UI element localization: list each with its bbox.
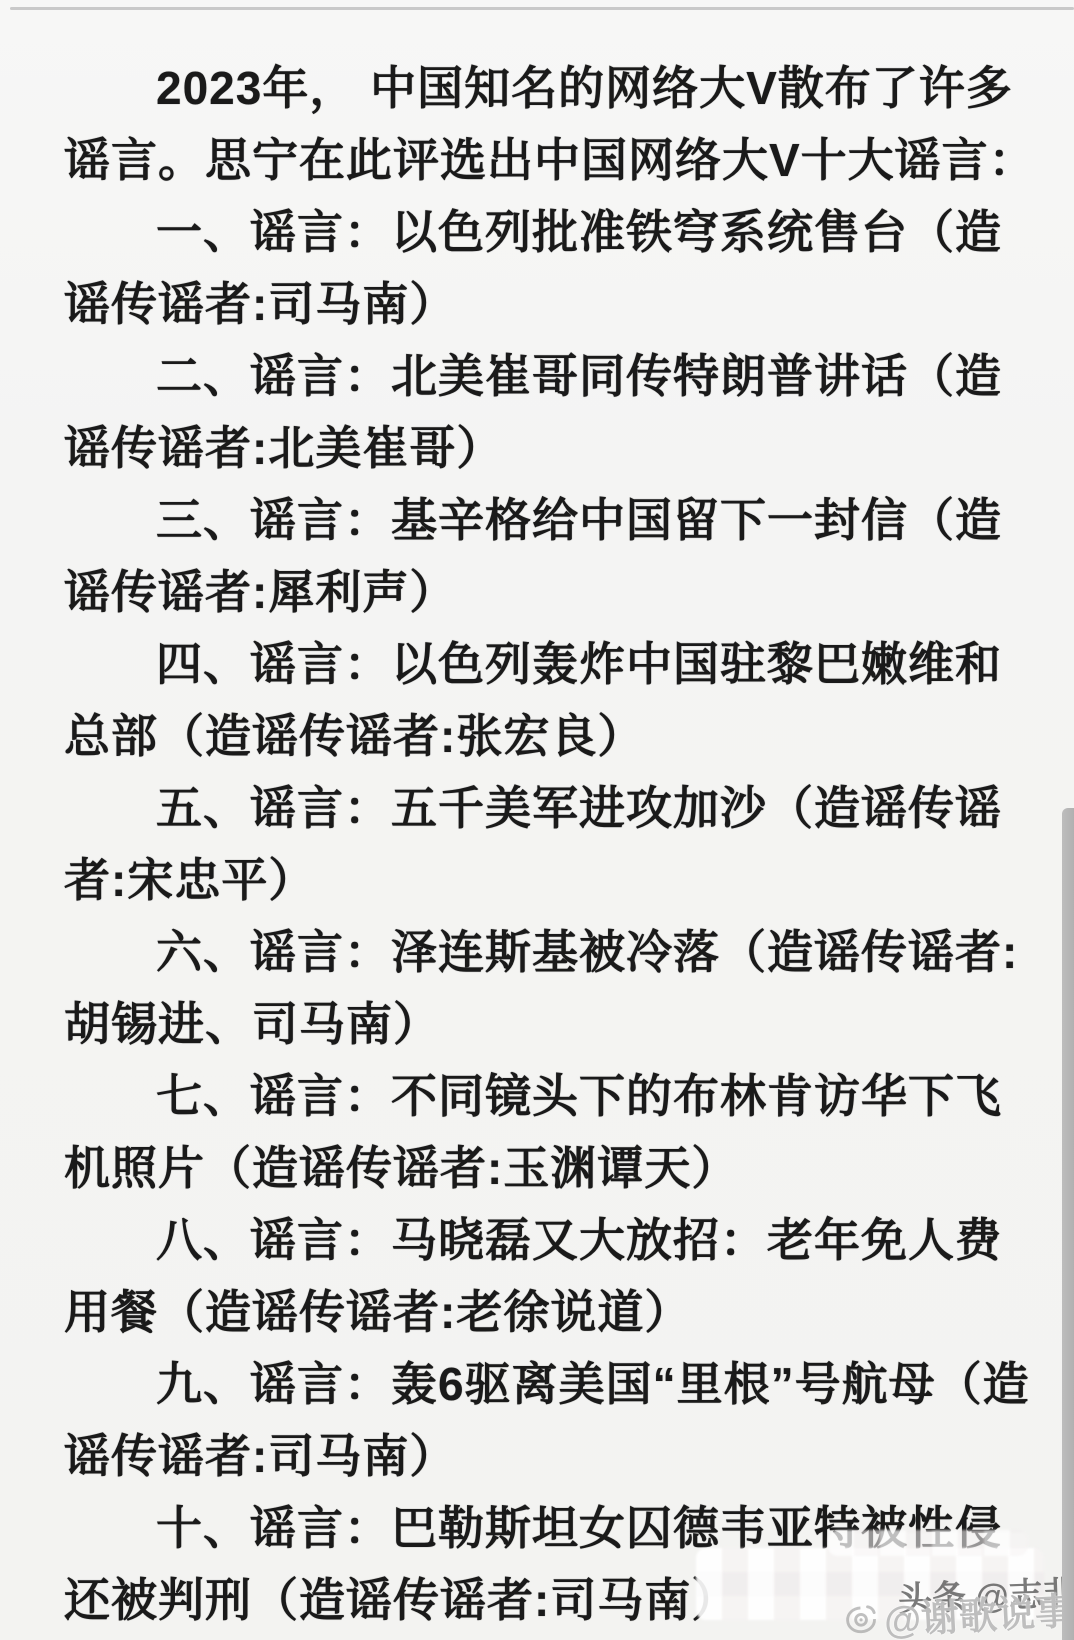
screenshot-root: { "page": { "background": "#f4f4f3", "to… — [0, 0, 1074, 1640]
text-line: 一、谣言：以色列批准铁穹系统售台（造 — [0, 196, 1074, 268]
text-line: 二、谣言：北美崔哥同传特朗普讲话（造 — [0, 340, 1074, 412]
text-line: 谣传谣者:司马南） — [0, 1420, 1074, 1492]
text-line: 总部（造谣传谣者:张宏良） — [0, 700, 1074, 772]
weibo-watermark-text: @谢歌说事 — [883, 1580, 1074, 1640]
text-line: 谣传谣者:司马南） — [0, 268, 1074, 340]
scrollbar-thumb[interactable] — [1062, 808, 1074, 1640]
text-line: 四、谣言：以色列轰炸中国驻黎巴嫩维和 — [0, 628, 1074, 700]
text-line: 九、谣言：轰6驱离美国“里根”号航母（造 — [0, 1348, 1074, 1420]
text-line: 八、谣言：马晓磊又大放招：老年免人费 — [0, 1204, 1074, 1276]
text-line: 三、谣言：基辛格给中国留下一封信（造 — [0, 484, 1074, 556]
text-line: 五、谣言：五千美军进攻加沙（造谣传谣 — [0, 772, 1074, 844]
blur-redaction-patch-small — [828, 1530, 1028, 1556]
text-line: 2023年， 中国知名的网络大V散布了许多 — [0, 52, 1074, 124]
text-line: 者:宋忠平） — [0, 844, 1074, 916]
text-line: 六、谣言：泽连斯基被冷落（造谣传谣者: — [0, 916, 1074, 988]
text-line: 谣传谣者:北美崔哥） — [0, 412, 1074, 484]
text-line: 谣言。思宁在此评选出中国网络大V十大谣言： — [0, 124, 1074, 196]
text-line: 胡锡进、司马南） — [0, 988, 1074, 1060]
text-line: 用餐（造谣传谣者:老徐说道） — [0, 1276, 1074, 1348]
weibo-logo-icon — [841, 1599, 881, 1639]
top-divider-line — [10, 7, 1074, 10]
text-line: 七、谣言：不同镜头下的布林肯访华下飞 — [0, 1060, 1074, 1132]
rumor-list-text: 2023年， 中国知名的网络大V散布了许多谣言。思宁在此评选出中国网络大V十大谣… — [0, 52, 1074, 1636]
text-line: 机照片（造谣传谣者:玉渊谭天） — [0, 1132, 1074, 1204]
text-line: 谣传谣者:犀利声） — [0, 556, 1074, 628]
